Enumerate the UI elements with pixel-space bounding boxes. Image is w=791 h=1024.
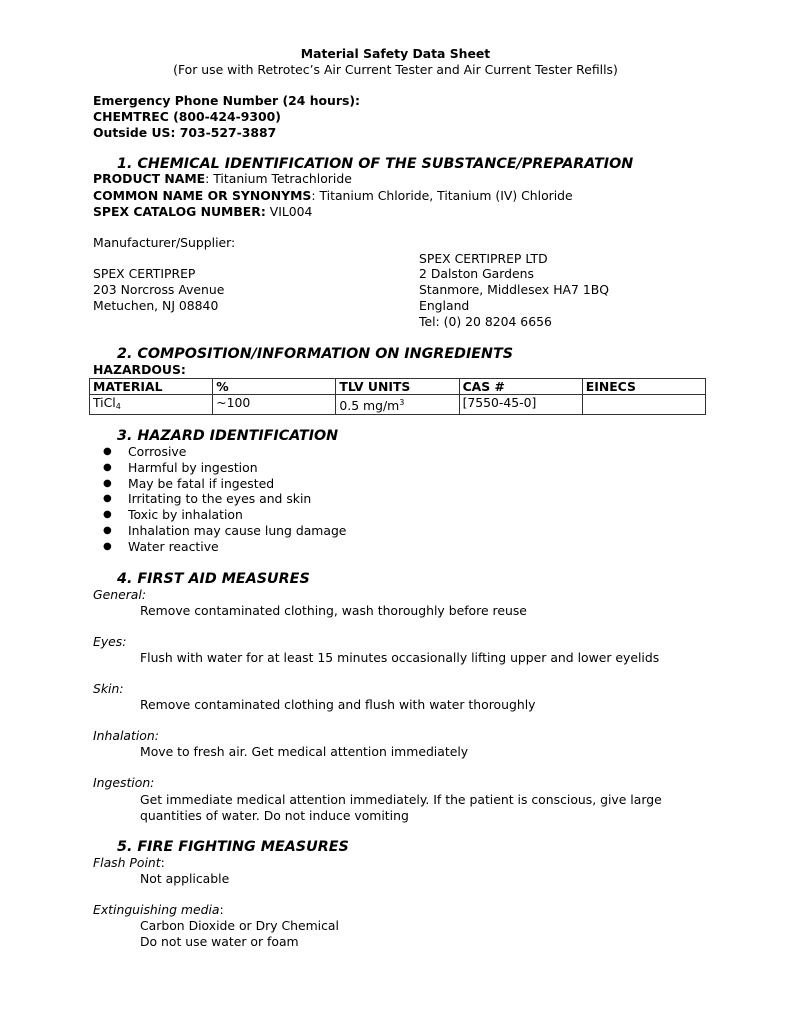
header-percent: %: [213, 379, 336, 395]
flash-point-label: Flash Point: [93, 855, 161, 870]
section-5-heading: 5. FIRE FIGHTING MEASURES: [117, 838, 349, 856]
section-3-heading: 3. HAZARD IDENTIFICATION: [117, 427, 338, 445]
section-2-heading: 2. COMPOSITION/INFORMATION ON INGREDIENT…: [117, 345, 513, 363]
bullet-icon: ●: [103, 507, 112, 523]
catalog-number-value: VIL004: [266, 204, 313, 219]
manufacturer-label: Manufacturer/Supplier:: [93, 235, 235, 251]
cell-cas: [7550-45-0]: [459, 395, 582, 415]
common-name-row: COMMON NAME OR SYNONYMS: Titanium Chlori…: [93, 188, 573, 204]
header-material: MATERIAL: [90, 379, 213, 395]
cell-percent: ~100: [213, 395, 336, 415]
catalog-number-row: SPEX CATALOG NUMBER: VIL004: [93, 204, 312, 220]
skin-text: Remove contaminated clothing and flush w…: [140, 697, 535, 713]
list-item: ●May be fatal if ingested: [93, 476, 346, 492]
hazard-list: ●Corrosive ●Harmful by ingestion ●May be…: [93, 444, 346, 555]
header-einecs: EINECS: [582, 379, 705, 395]
ingestion-label: Ingestion:: [93, 775, 154, 791]
ingestion-text-2: quantities of water. Do not induce vomit…: [140, 808, 409, 824]
extinguishing-media-row: Extinguishing media:: [93, 902, 224, 918]
uk-address-line-5: Tel: (0) 20 8204 6656: [419, 314, 552, 330]
emergency-phone-heading: Emergency Phone Number (24 hours):: [93, 93, 360, 109]
header-cas: CAS #: [459, 379, 582, 395]
bullet-icon: ●: [103, 491, 112, 507]
product-name-value: : Titanium Tetrachloride: [205, 171, 352, 186]
extinguishing-text-1: Carbon Dioxide or Dry Chemical: [140, 918, 339, 934]
product-name-row: PRODUCT NAME: Titanium Tetrachloride: [93, 171, 352, 187]
eyes-text: Flush with water for at least 15 minutes…: [140, 650, 659, 666]
msds-page: Material Safety Data Sheet (For use with…: [0, 0, 791, 1024]
us-address-line-1: SPEX CERTIPREP: [93, 266, 195, 282]
ingestion-text-1: Get immediate medical attention immediat…: [140, 792, 662, 808]
eyes-label: Eyes:: [93, 634, 126, 650]
list-item: ●Water reactive: [93, 539, 346, 555]
uk-address-line-1: SPEX CERTIPREP LTD: [419, 251, 548, 267]
flash-point-row: Flash Point:: [93, 855, 165, 871]
bullet-icon: ●: [103, 460, 112, 476]
table-row: TiCl4 ~100 0.5 mg/m3 [7550-45-0]: [90, 395, 706, 415]
cell-material: TiCl4: [90, 395, 213, 415]
chemtrec-phone: CHEMTREC (800-424-9300): [93, 109, 281, 125]
hazardous-label: HAZARDOUS:: [93, 362, 186, 378]
list-item: ●Harmful by ingestion: [93, 460, 346, 476]
header-tlv-units: TLV UNITS: [336, 379, 459, 395]
document-title: Material Safety Data Sheet: [0, 46, 791, 62]
outside-us-phone: Outside US: 703-527-3887: [93, 125, 276, 141]
us-address-line-3: Metuchen, NJ 08840: [93, 298, 218, 314]
list-item: ●Inhalation may cause lung damage: [93, 523, 346, 539]
bullet-icon: ●: [103, 476, 112, 492]
document-subtitle: (For use with Retrotec’s Air Current Tes…: [0, 62, 791, 78]
uk-address-line-2: 2 Dalston Gardens: [419, 266, 534, 282]
inhalation-label: Inhalation:: [93, 728, 159, 744]
inhalation-text: Move to fresh air. Get medical attention…: [140, 744, 468, 760]
us-address-line-2: 203 Norcross Avenue: [93, 282, 224, 298]
bullet-icon: ●: [103, 523, 112, 539]
skin-label: Skin:: [93, 681, 124, 697]
list-item: ●Corrosive: [93, 444, 346, 460]
bullet-icon: ●: [103, 539, 112, 555]
general-text: Remove contaminated clothing, wash thoro…: [140, 603, 527, 619]
extinguishing-media-label: Extinguishing media: [93, 902, 219, 917]
product-name-label: PRODUCT NAME: [93, 171, 205, 186]
cell-einecs: [582, 395, 705, 415]
ingredients-table: MATERIAL % TLV UNITS CAS # EINECS TiCl4 …: [89, 378, 706, 415]
extinguishing-text-2: Do not use water or foam: [140, 934, 299, 950]
common-name-value: : Titanium Chloride, Titanium (IV) Chlor…: [311, 188, 572, 203]
table-header-row: MATERIAL % TLV UNITS CAS # EINECS: [90, 379, 706, 395]
cell-tlv-units: 0.5 mg/m3: [336, 395, 459, 415]
uk-address-line-4: England: [419, 298, 469, 314]
flash-point-text: Not applicable: [140, 871, 229, 887]
list-item: ●Irritating to the eyes and skin: [93, 491, 346, 507]
section-4-heading: 4. FIRST AID MEASURES: [117, 570, 310, 588]
list-item: ●Toxic by inhalation: [93, 507, 346, 523]
common-name-label: COMMON NAME OR SYNONYMS: [93, 188, 311, 203]
bullet-icon: ●: [103, 444, 112, 460]
general-label: General:: [93, 587, 146, 603]
catalog-number-label: SPEX CATALOG NUMBER:: [93, 204, 266, 219]
uk-address-line-3: Stanmore, Middlesex HA7 1BQ: [419, 282, 609, 298]
